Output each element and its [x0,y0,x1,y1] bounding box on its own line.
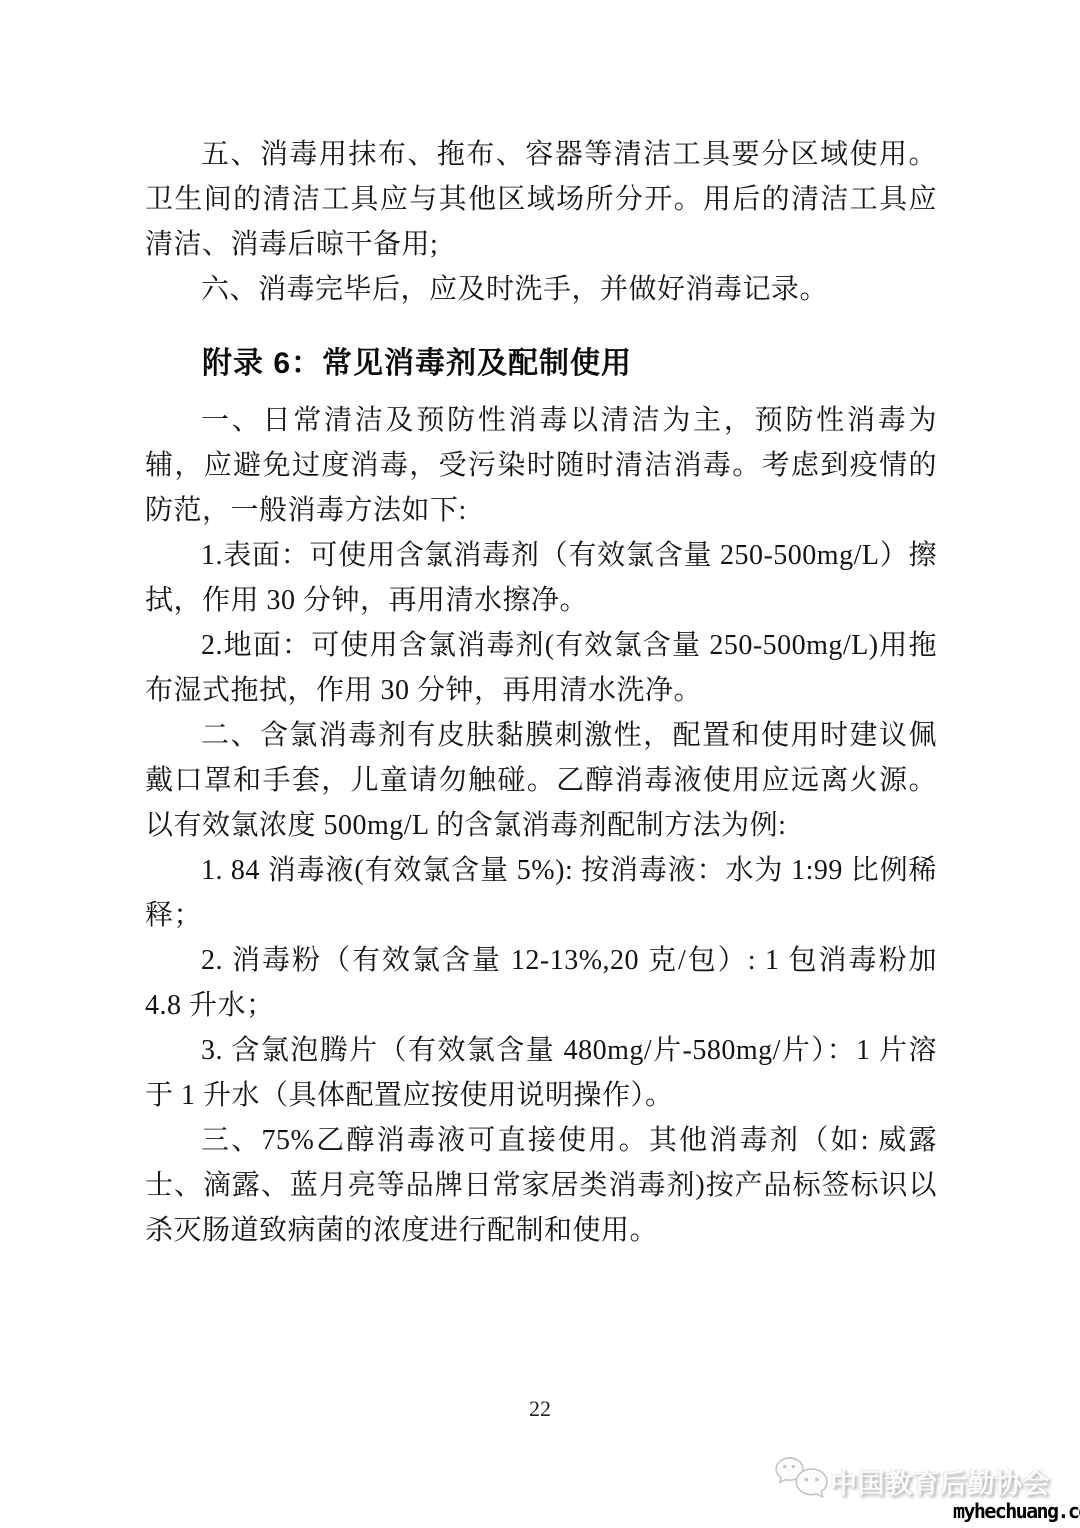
document-body: 五、消毒用抹布、拖布、容器等清洁工具要分区域使用。卫生间的清洁工具应与其他区域场… [145,132,937,1253]
paragraph-2-chlorine-warning: 二、含氯消毒剂有皮肤黏膜刺激性，配置和使用时建议佩戴口罩和手套，儿童请勿触碰。乙… [145,713,937,848]
watermark-site-url: myhechuang.com [953,1499,1080,1523]
paragraph-effervescent-tablet: 3. 含氯泡腾片（有效氯含量 480mg/片-580mg/片）：1 片溶于 1 … [145,1028,937,1118]
paragraph-surface-disinfection: 1.表面：可使用含氯消毒剂（有效氯含量 250-500mg/L）擦拭，作用 30… [145,533,937,623]
paragraph-84-solution: 1. 84 消毒液(有效氯含量 5%): 按消毒液：水为 1:99 比例稀释； [145,848,937,938]
document-page: 五、消毒用抹布、拖布、容器等清洁工具要分区域使用。卫生间的清洁工具应与其他区域场… [0,0,1080,1528]
watermark-org-name: 中国教育后勤协会 [830,1462,1050,1501]
appendix-6-heading: 附录 6：常见消毒剂及配制使用 [145,338,937,390]
paragraph-6-wash-hands: 六、消毒完毕后，应及时洗手，并做好消毒记录。 [145,267,937,312]
watermark: 中国教育后勤协会 myhechuang.com [0,1450,1080,1528]
paragraph-floor-disinfection: 2.地面：可使用含氯消毒剂(有效氯含量 250-500mg/L)用拖布湿式拖拭，… [145,623,937,713]
paragraph-1-daily-cleaning: 一、日常清洁及预防性消毒以清洁为主，预防性消毒为辅，应避免过度消毒，受污染时随时… [145,398,937,533]
wechat-icon [772,1456,834,1504]
paragraph-5-cleaning-tools: 五、消毒用抹布、拖布、容器等清洁工具要分区域使用。卫生间的清洁工具应与其他区域场… [145,132,937,267]
paragraph-3-ethanol: 三、75%乙醇消毒液可直接使用。其他消毒剂（如: 威露士、滴露、蓝月亮等品牌日常… [145,1118,937,1253]
paragraph-disinfectant-powder: 2. 消毒粉（有效氯含量 12-13%,20 克/包）: 1 包消毒粉加 4.8… [145,938,937,1028]
page-number: 22 [0,1396,1080,1422]
